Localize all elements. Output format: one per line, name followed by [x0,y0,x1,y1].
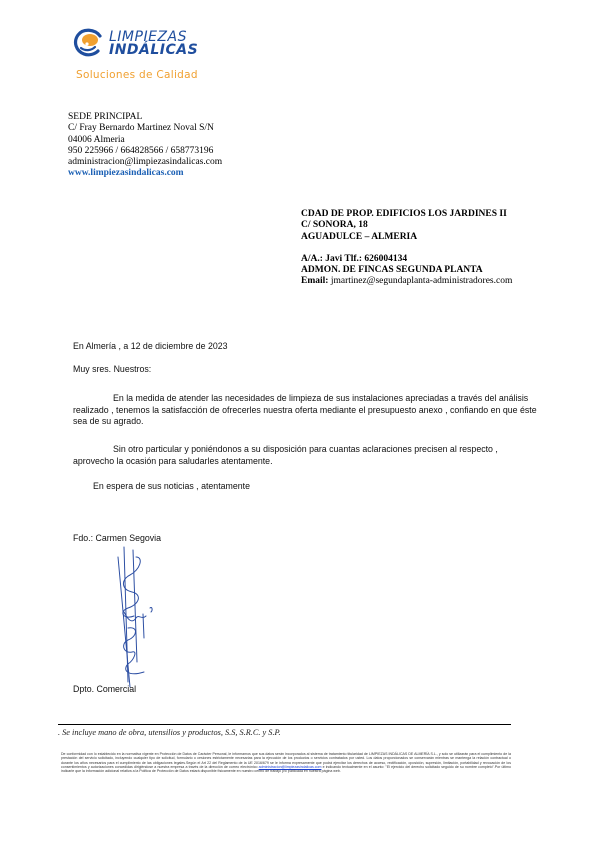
recipient-email-row: Email: jmartinez@segundaplanta-administr… [301,276,512,287]
logo-tagline: Soluciones de Calidad [76,69,198,81]
letter-date: En Almería , a 12 de diciembre de 2023 [73,341,228,353]
letter-greeting: Muy sres. Nuestros: [73,364,151,376]
sender-website-link[interactable]: www.limpiezasindalicas.com [68,168,222,179]
logo-text-line2: INDÁLICAS [109,42,198,58]
letter-department: Dpto. Comercial [73,684,136,696]
spacer [301,243,512,254]
letter-paragraph-1: En la medida de atender las necesidades … [73,393,538,428]
sender-city: 04006 Almeria [68,135,222,146]
company-logo: LIMPIEZAS INDÁLICAS Soluciones de Calida… [73,27,253,87]
recipient-name: CDAD DE PROP. EDIFICIOS LOS JARDINES II [301,209,512,220]
footer-note: . Se incluye mano de obra, utensilios y … [58,728,281,737]
sender-address-block: SEDE PRINCIPAL C/ Fray Bernardo Martinez… [68,112,222,180]
legal-notice: De conformidad con lo establecido en la … [61,752,511,773]
company-logo-mark-icon [73,27,103,57]
recipient-attention: A/A.: Javi Tlf.: 626004134 [301,254,512,265]
letter-paragraph-2: Sin otro particular y poniéndonos a su d… [73,444,538,467]
handwritten-signature-icon [110,542,170,692]
recipient-address-block: CDAD DE PROP. EDIFICIOS LOS JARDINES II … [301,209,512,288]
sender-phones: 950 225966 / 664828566 / 658773196 [68,146,222,157]
letter-closing: En espera de sus noticias , atentamente [93,481,250,493]
recipient-email[interactable]: jmartinez@segundaplanta-administradores.… [331,276,513,286]
recipient-city: AGUADULCE – ALMERIA [301,232,512,243]
footer-divider [58,724,511,725]
recipient-admin: ADMON. DE FINCAS SEGUNDA PLANTA [301,265,512,276]
recipient-street: C/ SONORA, 18 [301,220,512,231]
sender-street: C/ Fray Bernardo Martinez Noval S/N [68,123,222,134]
sender-email[interactable]: administracion@limpiezasindalicas.com [68,157,222,168]
sender-title: SEDE PRINCIPAL [68,112,222,123]
recipient-email-label: Email: [301,276,328,286]
